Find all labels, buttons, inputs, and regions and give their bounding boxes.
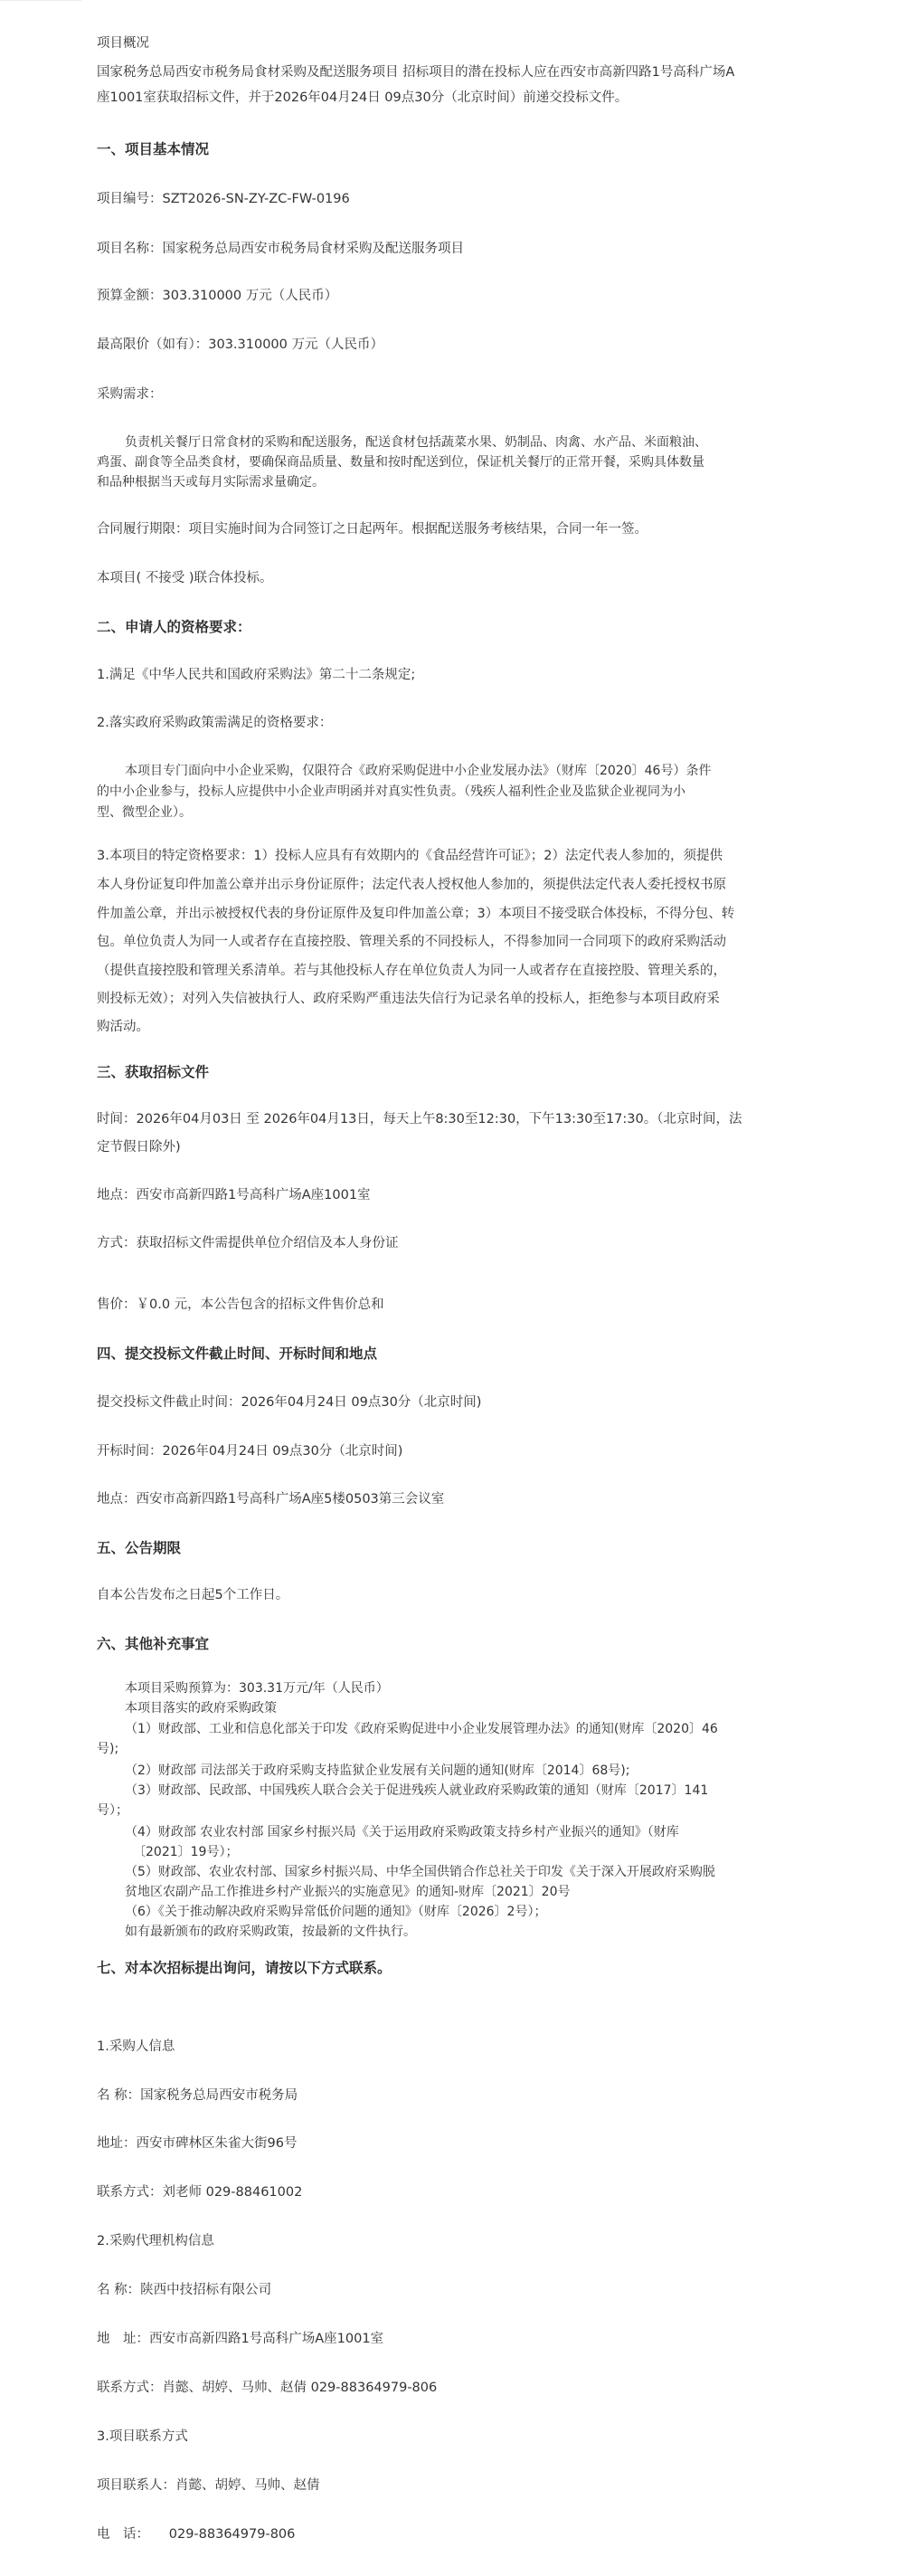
qualification-item-3-line: 则投标无效）；对列入失信被执行人、政府采购严重违法失信行为记录名单的投标人，拒绝… xyxy=(97,990,720,1008)
purchaser-name: 名 称：国家税务总局西安市税务局 xyxy=(97,2086,298,2105)
policy-line: （2）财政部 司法部关于政府采购支持监狱企业发展有关问题的通知(财库〔2014〕… xyxy=(125,1762,629,1780)
project-contact-title: 3.项目联系方式 xyxy=(97,2428,188,2446)
qualification-item-1: 1.满足《中华人民共和国政府采购法》第二十二条规定; xyxy=(97,666,415,684)
section-heading-1: 一、项目基本情况 xyxy=(97,140,209,158)
qualification-item-3-line: 包。单位负责人为同一人或者存在直接控股、管理关系的不同投标人，不得参加同一合同项… xyxy=(97,933,726,951)
agency-contact: 联系方式：肖懿、胡婷、马帅、赵倩 029-88364979-806 xyxy=(97,2379,437,2397)
policy-line: 本项目落实的政府采购政策 xyxy=(125,1699,277,1717)
overview-line: 国家税务总局西安市税务局食材采购及配送服务项目 招标项目的潜在投标人应在西安市高… xyxy=(97,63,734,81)
policy-line: 贫地区农副产品工作推进乡村产业振兴的实施意见》的通知-财库〔2021〕20号 xyxy=(125,1883,571,1901)
section-heading-5: 五、公告期限 xyxy=(97,1539,181,1557)
section-heading-6: 六、其他补充事宜 xyxy=(97,1635,209,1653)
qualification-item-2-line: 本项目专门面向中小企业采购，仅限符合《政府采购促进中小企业发展办法》（财库〔20… xyxy=(125,762,711,780)
policy-line: （6）《关于推动解决政府采购异常低价问题的通知》（财库〔2026〕2号）； xyxy=(125,1903,546,1921)
qualification-item-3-line: 件加盖公章，并出示被授权代表的身份证原件及复印件加盖公章；3）本项目不接受联合体… xyxy=(97,905,734,923)
opening-time: 开标时间：2026年04月24日 09点30分（北京时间) xyxy=(97,1442,402,1460)
agency-name: 名 称：陕西中技招标有限公司 xyxy=(97,2281,271,2299)
budget-amount: 预算金额：303.310000 万元（人民币） xyxy=(97,287,337,305)
qualification-item-3-line: （提供直接控股和管理关系清单。若与其他投标人存在单位负责人为同一人或者存在直接控… xyxy=(97,962,726,980)
purchaser-address: 地址：西安市碑林区朱雀大街96号 xyxy=(97,2134,297,2153)
qualification-item-2-line: 的中小企业参与，投标人应提供中小企业声明函并对真实性负责。（残疾人福利性企业及监… xyxy=(97,783,685,801)
project-contact-people: 项目联系人：肖懿、胡婷、马帅、赵倩 xyxy=(97,2476,320,2495)
policy-line: （5）财政部、农业农村部、国家乡村振兴局、中华全国供销合作总社关于印发《关于深入… xyxy=(125,1863,715,1881)
policy-line: 号）； xyxy=(97,1801,128,1820)
policy-line: （4）财政部 农业农村部 国家乡村振兴局《关于运用政府采购政策支持乡村产业振兴的… xyxy=(125,1823,679,1841)
demand-line: 和品种根据当天或每月实际需求量确定。 xyxy=(97,473,325,491)
demand-line: 负责机关餐厅日常食材的采购和配送服务，配送食材包括蔬菜水果、奶制品、肉禽、水产品… xyxy=(125,433,707,452)
project-contact-phone: 电 话： 029-88364979-806 xyxy=(97,2525,295,2543)
demand-line: 鸡蛋、副食等全品类食材，要确保商品质量、数量和按时配送到位，保证机关餐厅的正常开… xyxy=(97,453,704,471)
qualification-item-3-line: 购活动。 xyxy=(97,1018,149,1036)
project-name: 项目名称：国家税务总局西安市税务局食材采购及配送服务项目 xyxy=(97,240,464,258)
opening-place: 地点：西安市高新四路1号高科广场A座5楼0503第三会议室 xyxy=(97,1490,444,1508)
section-heading-4: 四、提交投标文件截止时间、开标时间和地点 xyxy=(97,1345,377,1363)
qualification-item-2-line: 型、微型企业）。 xyxy=(97,803,192,822)
overview-line: 座1001室获取招标文件，并于2026年04月24日 09点30分（北京时间）前… xyxy=(97,89,628,107)
section-heading-2: 二、申请人的资格要求： xyxy=(97,618,251,636)
project-number: 项目编号：SZT2026-SN-ZY-ZC-FW-0196 xyxy=(97,190,350,208)
submission-deadline: 提交投标文件截止时间：2026年04月24日 09点30分（北京时间) xyxy=(97,1393,481,1412)
qualification-item-3-line: 3.本项目的特定资格要求：1）投标人应具有有效期内的《食品经营许可证》；2）法定… xyxy=(97,847,723,865)
qualification-item-2: 2.落实政府采购政策需满足的资格要求： xyxy=(97,714,332,732)
section-heading-3: 三、获取招标文件 xyxy=(97,1063,209,1081)
consortium-note: 本项目( 不接受 )联合体投标。 xyxy=(97,569,273,587)
purchaser-contact: 联系方式：刘老师 029-88461002 xyxy=(97,2183,302,2201)
agency-title: 2.采购代理机构信息 xyxy=(97,2232,214,2250)
obtain-place: 地点：西安市高新四路1号高科广场A座1001室 xyxy=(97,1186,371,1204)
policy-line: （1）财政部、工业和信息化部关于印发《政府采购促进中小企业发展管理办法》的通知(… xyxy=(125,1720,718,1738)
policy-line: 如有最新颁布的政府采购政策，按最新的文件执行。 xyxy=(125,1923,416,1941)
agency-address: 地 址：西安市高新四路1号高科广场A座1001室 xyxy=(97,2330,383,2348)
purchaser-title: 1.采购人信息 xyxy=(97,2038,175,2056)
policy-line: 〔2021〕19号）； xyxy=(133,1843,238,1861)
document-price: 售价：￥0.0 元，本公告包含的招标文件售价总和 xyxy=(97,1296,384,1314)
obtain-time-line: 定节假日除外) xyxy=(97,1138,181,1156)
policy-line: （3）财政部、民政部、中国残疾人联合会关于促进残疾人就业政府采购政策的通知（财库… xyxy=(125,1782,708,1800)
policy-line: 本项目采购预算为：303.31万元/年（人民币） xyxy=(125,1679,389,1697)
contract-term: 合同履行期限：项目实施时间为合同签订之日起两年。根据配送服务考核结果，合同一年一… xyxy=(97,520,648,538)
policy-line: 号); xyxy=(97,1740,118,1758)
obtain-time-line: 时间：2026年04月03日 至 2026年04月13日，每天上午8:30至12… xyxy=(97,1110,742,1128)
notice-period: 自本公告发布之日起5个工作日。 xyxy=(97,1586,288,1604)
obtain-method: 方式：获取招标文件需提供单位介绍信及本人身份证 xyxy=(97,1234,399,1252)
top-divider xyxy=(0,0,81,1)
overview-title: 项目概况 xyxy=(97,34,149,52)
qualification-item-3-line: 本人身份证复印件加盖公章并出示身份证原件；法定代表人授权他人参加的，须提供法定代… xyxy=(97,876,726,894)
demand-label: 采购需求： xyxy=(97,385,163,404)
max-price: 最高限价（如有）：303.310000 万元（人民币） xyxy=(97,336,383,354)
section-heading-7: 七、对本次招标提出询问，请按以下方式联系。 xyxy=(97,1959,392,1977)
